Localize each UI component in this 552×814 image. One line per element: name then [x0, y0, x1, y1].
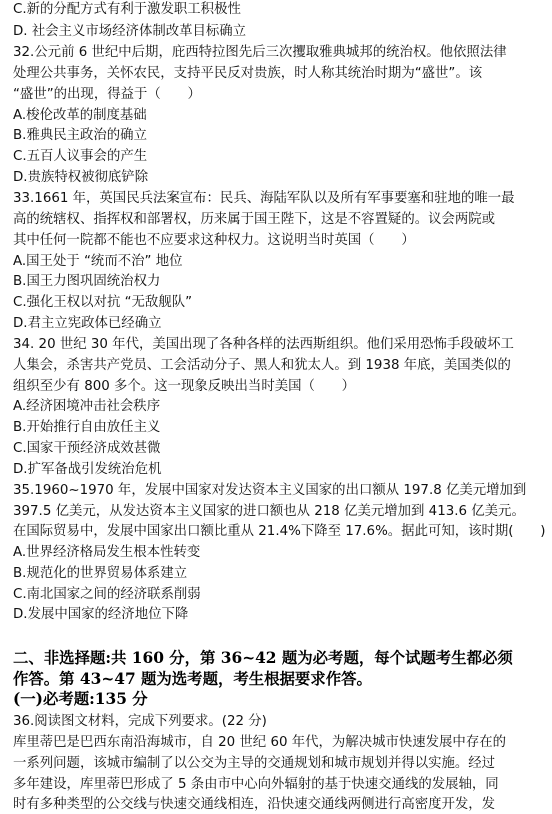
section-2-subheading: (一)必考题:135 分: [13, 689, 148, 710]
q35-option-d: D.发展中国家的经济地位下降: [13, 605, 188, 625]
q33-option-b: B.国王力图巩固统治权力: [13, 272, 160, 292]
q32-option-c: C.五百人议事会的产生: [13, 147, 147, 167]
q32-stem-line-1: 32.公元前 6 世纪中后期，庇西特拉图先后三次攫取雅典城邦的统治权。他依照法律: [13, 43, 507, 63]
q32-option-b: B.雅典民主政治的确立: [13, 126, 147, 146]
q34-stem-line-3: 组织至少有 800 多个。这一现象反映出当时美国（ ）: [13, 377, 355, 397]
q34-option-c: C.国家干预经济成效甚微: [13, 439, 161, 459]
q31-option-d: D. 社会主义市场经济体制改革目标确立: [13, 22, 246, 42]
section-2-heading-line-2: 作答。第 43~47 题为选考题，考生根据要求作答。: [13, 669, 372, 690]
q33-option-c: C.强化王权以对抗 “无敌舰队”: [13, 293, 192, 313]
q36-body-line-4: 时有多种类型的公交线与快速交通线相连，沿快速交通线两侧进行高密度开发，发: [13, 795, 495, 814]
q32-option-d: D.贵族特权被彻底铲除: [13, 168, 148, 188]
q33-stem-line-1: 33.1661 年，英国民兵法案宣布：民兵、海陆军队以及所有军事要塞和驻地的唯一…: [13, 189, 515, 209]
q35-stem-line-2: 397.5 亿美元，从发达资本主义国家的进口额也从 218 亿美元增加到 413…: [13, 502, 525, 522]
q36-title: 36.阅读图文材料，完成下列要求。(22 分): [13, 712, 267, 732]
q34-stem-line-1: 34. 20 世纪 30 年代，美国出现了各种各样的法西斯组织。他们采用恐怖手段…: [13, 335, 514, 355]
q35-stem-line-1: 35.1960~1970 年，发展中国家对发达资本主义国家的出口额从 197.8…: [13, 481, 526, 501]
q34-option-b: B.开始推行自由放任主义: [13, 418, 160, 438]
q34-option-d: D.扩军备战引发统治危机: [13, 460, 161, 480]
q32-stem-line-2: 处理公共事务，关怀农民，支持平民反对贵族，时人称其统治时期为“盛世”。该: [13, 64, 482, 84]
q34-option-a: A.经济困境冲击社会秩序: [13, 397, 160, 417]
q31-option-c: C.新的分配方式有利于激发职工积极性: [13, 0, 241, 20]
q33-option-d: D.君主立宪政体已经确立: [13, 314, 161, 334]
q33-stem-line-2: 高的统辖权、指挥权和部署权，历来属于国王陛下，这是不容置疑的。议会两院或: [13, 210, 495, 230]
q34-stem-line-2: 人集会，杀害共产党员、工会活动分子、黑人和犹太人。到 1938 年底，美国类似的: [13, 356, 511, 376]
q35-option-c: C.南北国家之间的经济联系削弱: [13, 585, 201, 605]
section-2-heading-line-1: 二、非选择题:共 160 分，第 36~42 题为必考题，每个试题考生都必须: [13, 648, 513, 669]
q35-option-b: B.规范化的世界贸易体系建立: [13, 564, 187, 584]
q32-stem-line-3: “盛世”的出现，得益于（ ）: [13, 85, 201, 105]
q36-body-line-3: 多年建设，库里蒂巴形成了 5 条由市中心向外辐射的基于快速交通线的发展轴，同: [13, 775, 499, 795]
q36-body-line-1: 库里蒂巴是巴西东南沿海城市，自 20 世纪 60 年代，为解决城市快速发展中存在…: [13, 733, 506, 753]
q35-option-a: A.世界经济格局发生根本性转变: [13, 543, 200, 563]
q32-option-a: A.梭伦改革的制度基础: [13, 106, 147, 126]
q35-stem-line-3: 在国际贸易中，发展中国家出口额比重从 21.4%下降至 17.6%。据此可知，该…: [13, 522, 546, 542]
q33-stem-line-3: 其中任何一院都不能也不应要求这种权力。这说明当时英国（ ）: [13, 231, 415, 251]
q33-option-a: A.国王处于 “统而不治” 地位: [13, 252, 182, 272]
q36-body-line-2: 一系列问题，该城市编制了以公交为主导的交通规划和城市规划并得以实施。经过: [13, 754, 495, 774]
